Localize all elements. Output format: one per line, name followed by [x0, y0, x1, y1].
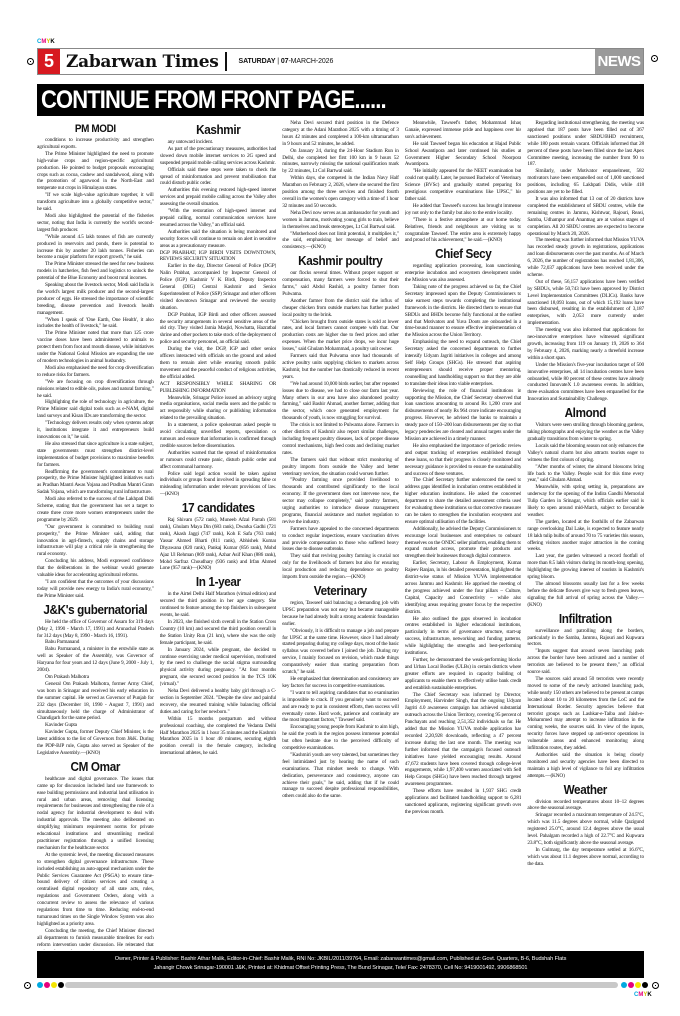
paragraph: He also emphasised the importance of per…: [405, 443, 522, 478]
article-heading-infiltration: Infiltration: [533, 611, 638, 627]
cmyk-dot-magenta-icon: [628, 982, 634, 988]
continuation-banner: CONTINUE FROM FRONT PAGE......: [37, 84, 644, 116]
column-5: Regarding institutional strengthening, t…: [527, 120, 644, 950]
paragraph: Meanwhile, with spring setting in, prepa…: [527, 484, 644, 519]
subheading: DGP PRABHAT, IGP BIRDI VISITS DOWNTOWN, …: [160, 250, 277, 264]
paragraph: Concluding the meeting, the Chief Minist…: [37, 928, 154, 950]
paragraph: Reaffirming the government's commitment …: [37, 469, 154, 497]
paragraph: The crisis is not limited to Pulwama alo…: [282, 422, 399, 457]
imprint-footer: Owner, Printer & Publisher: Bashir Athar…: [37, 951, 644, 978]
paragraph: He added that Tawseef's success has brou…: [405, 203, 522, 217]
article-pm-modi: conditions to increase productivity and …: [37, 137, 154, 600]
paragraph: In January 2024, while pregnant, she dec…: [160, 647, 277, 688]
paragraph: Srinagar recorded a maximum temperature …: [527, 812, 644, 847]
paragraph: The farmers said that without strict mon…: [282, 457, 399, 478]
article-in-1-year-continued: Neha Devi secured third position in the …: [282, 120, 399, 251]
paragraph: Emphasising the need to expand outreach,…: [405, 339, 522, 387]
column-2: Kashmir any untoward incident. As part o…: [160, 120, 277, 950]
paragraph: "When I speak of 'One Earth, One Health'…: [37, 317, 154, 331]
paragraph: "There is a festive atmosphere at our ho…: [405, 217, 522, 245]
paragraph: "While around 4.5 lakh tonnes of fish ar…: [37, 234, 154, 262]
cmyk-dot-yellow-icon: [51, 982, 57, 988]
paragraph: It was also informed that 13 out of 20 d…: [527, 196, 644, 237]
paragraph: Modi also highlighted the potential of t…: [37, 213, 154, 234]
paragraph: The meeting was further informed that Mi…: [527, 237, 644, 278]
paragraph: Out of these, 56,157 applications have b…: [527, 279, 644, 327]
cmyk-dot-cyan-icon: [621, 982, 627, 988]
paragraph: "If we scale high-value agriculture toge…: [37, 192, 154, 213]
paragraph: Within days, she competed in the Indian …: [282, 175, 399, 210]
article-17-candidates: Raj Shivam (572 rank), Muneeb Afzal Parr…: [160, 517, 277, 572]
paragraph: healthcare and digital governance. The i…: [37, 776, 154, 852]
paragraph: The meeting was also informed that appli…: [527, 327, 644, 362]
article-chief-secy-continued: Regarding institutional strengthening, t…: [527, 120, 644, 403]
paragraph: The Chief Secretary further underscored …: [405, 477, 522, 525]
paragraph: "Motherhood does not limit potential, it…: [282, 231, 399, 252]
paragraph: Meanwhile, Tawseef's father, Mohammad Is…: [405, 120, 522, 141]
paragraph: The Prime Minister highlighted the need …: [37, 151, 154, 192]
paragraph: in the Airtel Delhi Half Marathon (virtu…: [160, 591, 277, 619]
paragraph: Another farmer from the district said th…: [282, 298, 399, 319]
paragraph: Modi also emphasised the need for crop d…: [37, 365, 154, 379]
paragraph: "Inputs suggest that around seven launch…: [527, 648, 644, 676]
dateline-date-day: 07: [281, 58, 289, 65]
paragraph: Earlier in the day, Director General of …: [160, 263, 277, 311]
article-almond: Visitors were seen strolling through blo…: [527, 422, 644, 608]
article-heading-17-candidates: 17 candidates: [165, 500, 270, 516]
paragraph: "Chicken brought from outside states is …: [282, 319, 399, 354]
paragraph: He emphasized that determination and con…: [282, 676, 399, 690]
paragraph: In 2023, she finished sixth overall in t…: [160, 619, 277, 647]
paragraph: Authorities said the situation is being …: [527, 752, 644, 780]
cmyk-label-top: CMYK: [37, 39, 55, 45]
registration-mark-bottom-right-icon: [652, 982, 659, 989]
registration-mark-top-left-icon: [27, 58, 34, 65]
subhead-name: Om Prakash Malhotra: [37, 674, 154, 681]
paragraph: He also outlined the gaps observed in in…: [405, 616, 522, 657]
paragraph: Babu Parmanand, a minister in the erstwh…: [37, 646, 154, 674]
article-heading-kashmir-poultry: Kashmir poultry: [288, 253, 393, 269]
column-4: Meanwhile, Tawseef's father, Mohammad Is…: [405, 120, 522, 950]
subheading: ACT RESPONSIBLY WHILE SHARING OR PUBLISH…: [160, 381, 277, 395]
paragraph: region, Tawseef said balancing a demandi…: [282, 600, 399, 628]
section-tag: NEWS: [595, 49, 643, 74]
article-heading-weather: Weather: [533, 782, 638, 798]
cmyk-dot-black-icon: [642, 982, 648, 988]
paragraph: At the systemic level, the meeting discu…: [37, 852, 154, 928]
paragraph: Additionally, he advised the Deputy Comm…: [405, 526, 522, 561]
cmyk-dot-cyan-icon: [37, 982, 43, 988]
subhead-name: Babu Parmanand: [37, 639, 154, 646]
paragraph: "Technology delivers results only when s…: [37, 420, 154, 441]
paragraph: "Kashmiri youth are very talented, but s…: [282, 752, 399, 800]
article-heading-in-1-year: In 1-year: [165, 574, 270, 590]
article-infiltration: surveillance and patrolling along the bo…: [527, 628, 644, 780]
paragraph: "He initially appeared for the NEET exam…: [405, 168, 522, 203]
paragraph: During the visit, the DGP, IGP and other…: [160, 346, 277, 381]
registration-mark-top-right-icon: [651, 55, 658, 62]
paragraph: surveillance and patrolling along the bo…: [527, 628, 644, 649]
paragraph: "Poultry farming once provided livelihoo…: [282, 477, 399, 525]
paragraph: These efforts have resulted in 1,937 SHG…: [405, 788, 522, 816]
paragraph: Locals said the blooming season not only…: [527, 443, 644, 464]
column-3: Neha Devi secured third position in the …: [282, 120, 399, 950]
paragraph: regarding application processing, loan s…: [405, 263, 522, 284]
article-heading-chief-secy: Chief Secy: [411, 246, 516, 262]
paragraph: Authorities this evening restored high-s…: [160, 187, 277, 208]
paragraph: Within 15 months postpartum and without …: [160, 716, 277, 757]
paragraph: Under the Mission's five-year incubation…: [527, 362, 644, 403]
article-veterinary: region, Tawseef said balancing a demandi…: [282, 600, 399, 800]
cmyk-dot-black-icon: [58, 982, 64, 988]
paragraph: any untoward incident.: [160, 139, 277, 146]
paragraph: Farmers said that Pulwama once had thous…: [282, 353, 399, 381]
paragraph: They said that reviving poultry farming …: [282, 553, 399, 581]
article-columns: PM MODI conditions to increase productiv…: [37, 120, 644, 950]
article-heading-veterinary: Veterinary: [288, 583, 393, 599]
imprint-line-1: Owner, Printer & Publisher: Bashir Athar…: [37, 955, 644, 964]
paragraph: Raj Shivam (572 rank), Muneeb Afzal Parr…: [160, 517, 277, 572]
paragraph: Neha Devi now serves as an ambassador fo…: [282, 210, 399, 231]
paragraph: He held the office of Governor of Assam …: [37, 619, 154, 640]
banner-title: CONTINUE FROM FRONT PAGE......: [41, 86, 386, 115]
paragraph: On January 24, during the 24-Hour Stadiu…: [282, 148, 399, 176]
page-number: 5: [38, 49, 60, 74]
paragraph: Similarly, under Motivator empanelment, …: [527, 168, 644, 196]
paragraph: Speaking about the livestock sector, Mod…: [37, 282, 154, 317]
cmyk-dot-magenta-icon: [44, 982, 50, 988]
paragraph: Modi also referred to the success of the…: [37, 496, 154, 524]
paragraph: DGP Prabhat, IGP Birdi and other officer…: [160, 312, 277, 347]
column-1: PM MODI conditions to increase productiv…: [37, 120, 154, 950]
paragraph: In a statement, a police spokesman asked…: [160, 422, 277, 450]
paragraph: The Prime Minister stressed the need for…: [37, 261, 154, 282]
paragraph: "I want to tell aspiring candidates that…: [282, 690, 399, 725]
paragraph: Neha Devi secured third position in the …: [282, 120, 399, 148]
dateline-day: SATURDAY: [239, 58, 276, 65]
paragraph: Meanwhile, Srinagar Police issued an adv…: [160, 395, 277, 423]
paragraph: Authorities warned that the spread of mi…: [160, 450, 277, 471]
paragraph: Reviewing the role of financial institut…: [405, 388, 522, 443]
paragraph: General Om Prakash Malhotra, former Army…: [37, 681, 154, 722]
paragraph: conditions to increase productivity and …: [37, 137, 154, 151]
article-heading-almond: Almond: [533, 405, 638, 421]
paragraph: our flocks several times. Without proper…: [282, 270, 399, 298]
paragraph: "I am confident that the outcomes of you…: [37, 579, 154, 600]
article-jk-gubernatorial: He held the office of Governor of Assam …: [37, 619, 154, 757]
masthead: 5 Zabarwan Times SATURDAY | 07 -MARCH-20…: [37, 48, 644, 75]
paragraph: Encouraging young people from Kashmir to…: [282, 724, 399, 752]
paragraph: Further, he demonstrated the weak-perfor…: [405, 657, 522, 692]
paragraph: In Gulmarg, the day temperature settled …: [527, 847, 644, 868]
article-veterinary-continued: Meanwhile, Tawseef's father, Mohammad Is…: [405, 120, 522, 244]
article-heading-pm-modi: PM MODI: [43, 122, 148, 136]
article-in-1-year: in the Airtel Delhi Half Marathon (virtu…: [160, 591, 277, 757]
article-heading-kashmir: Kashmir: [165, 122, 270, 138]
paragraph: The garden, located at the foothills of …: [527, 519, 644, 554]
colour-bar-strip: [65, 982, 618, 988]
article-heading-jk-gubernatorial: J&K's gubernatorial: [43, 602, 148, 618]
paragraph: As part of the precautionary measures, a…: [160, 146, 277, 167]
article-cm-omar: healthcare and digital governance. The i…: [37, 776, 154, 950]
paragraph: Regarding institutional strengthening, t…: [527, 120, 644, 168]
article-kashmir-poultry: our flocks several times. Without proper…: [282, 270, 399, 581]
paragraph: Highlighting the role of technology in a…: [37, 399, 154, 420]
registration-mark-bottom-left-icon: [24, 982, 31, 989]
dateline: SATURDAY | 07 -MARCH-2026: [227, 49, 596, 74]
dateline-date-rest: -MARCH-2026: [288, 58, 333, 65]
paragraph: Kavinder Gupta, former Deputy Chief Mini…: [37, 729, 154, 757]
paragraph: The almond blossoms usually last for a f…: [527, 581, 644, 609]
paragraph: He also stressed that since agriculture …: [37, 441, 154, 469]
paragraph: division recorded temperatures about 10–…: [527, 799, 644, 813]
paragraph: "Our government is committed to building…: [37, 524, 154, 559]
article-chief-secy: regarding application processing, loan s…: [405, 263, 522, 816]
cmyk-dot-yellow-icon: [635, 982, 641, 988]
paragraph: Farmers have appealed to the concerned d…: [282, 526, 399, 554]
article-heading-cm-omar: CM Omar: [43, 759, 148, 775]
paragraph: "We had around 10,000 birds earlier, but…: [282, 381, 399, 422]
paragraph: Concluding his address, Modi expressed c…: [37, 558, 154, 579]
paragraph: Visitors were seen strolling through blo…: [527, 422, 644, 443]
paragraph: Last year, the garden witnessed a record…: [527, 553, 644, 581]
paragraph: The sources said around 50 terrorists we…: [527, 676, 644, 752]
paragraph: Taking note of the progress achieved so …: [405, 284, 522, 339]
cmyk-label-bottom: CMYK: [634, 992, 652, 998]
paragraph: The Chief Secretary was informed by Dire…: [405, 692, 522, 789]
paragraph: He said Tawseef began his education at H…: [405, 141, 522, 169]
paragraph: Officials said these steps were taken to…: [160, 167, 277, 188]
article-kashmir: any untoward incident. As part of the pr…: [160, 139, 277, 498]
paragraph: Earlier, Secretary, Labour & Employment,…: [405, 560, 522, 615]
imprint-line-2: Jahangir Chowk Srinagar-190001 J&K, Prin…: [37, 964, 644, 973]
newspaper-name: Zabarwan Times: [60, 49, 225, 74]
paragraph: "Obviously, it is difficult to manage a …: [282, 628, 399, 676]
paragraph: Police said legal action would be taken …: [160, 471, 277, 499]
paragraph: Authorities said the situation is being …: [160, 229, 277, 250]
paragraph: Neha Devi delivered a healthy baby girl …: [160, 688, 277, 716]
article-weather: division recorded temperatures about 10–…: [527, 799, 644, 868]
paragraph: The Prime Minister noted that more than …: [37, 330, 154, 365]
paragraph: "After months of winter, the almond blos…: [527, 464, 644, 485]
paragraph: "We are focusing on crop diversification…: [37, 379, 154, 400]
paragraph: "With the restoration of high-speed inte…: [160, 208, 277, 229]
